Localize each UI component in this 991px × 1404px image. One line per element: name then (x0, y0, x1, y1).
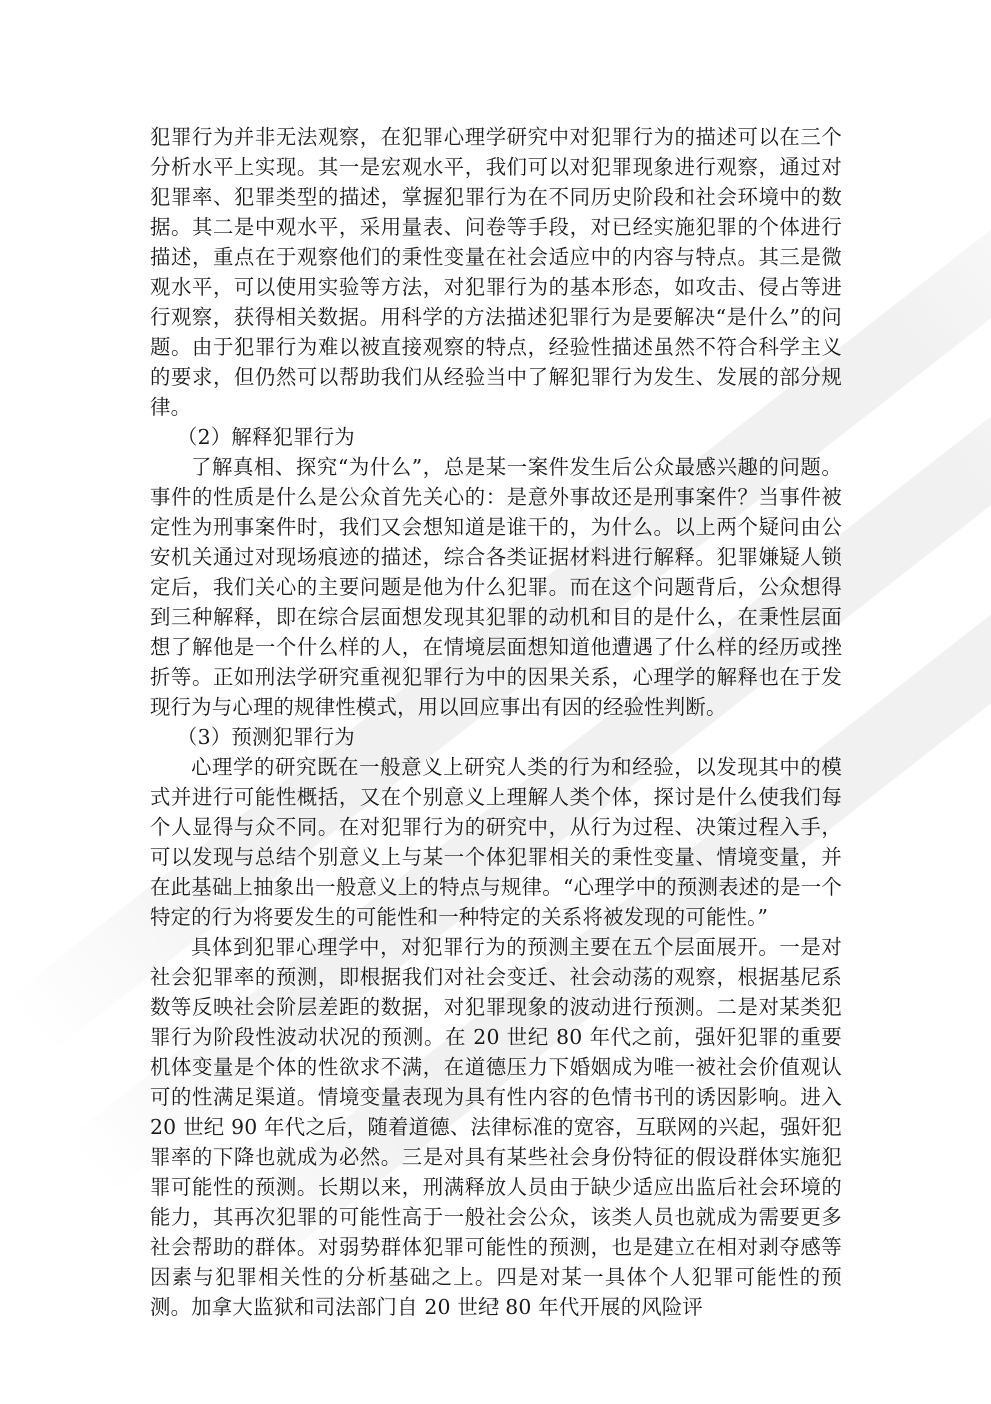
paragraph-predict-behavior: 心理学的研究既在一般意义上研究人类的行为和经验，以发现其中的模式并进行可能性概括… (150, 752, 842, 932)
section-heading-explain: （2）解释犯罪行为 (150, 422, 842, 452)
paragraph-prediction-levels: 具体到犯罪心理学中，对犯罪行为的预测主要在五个层面展开。一是对社会犯罪率的预测，… (150, 932, 842, 1322)
paragraph-describe-behavior: 犯罪行为并非无法观察，在犯罪心理学研究中对犯罪行为的描述可以在三个分析水平上实现… (150, 122, 842, 422)
body-text: 犯罪行为并非无法观察，在犯罪心理学研究中对犯罪行为的描述可以在三个分析水平上实现… (150, 122, 842, 1322)
paragraph-explain-behavior: 了解真相、探究“为什么”，总是某一案件发生后公众最感兴趣的问题。事件的性质是什么… (150, 452, 842, 722)
section-heading-predict: （3）预测犯罪行为 (150, 722, 842, 752)
page-number: 2 (0, 1297, 991, 1314)
document-page: 犯罪行为并非无法观察，在犯罪心理学研究中对犯罪行为的描述可以在三个分析水平上实现… (0, 0, 991, 1404)
